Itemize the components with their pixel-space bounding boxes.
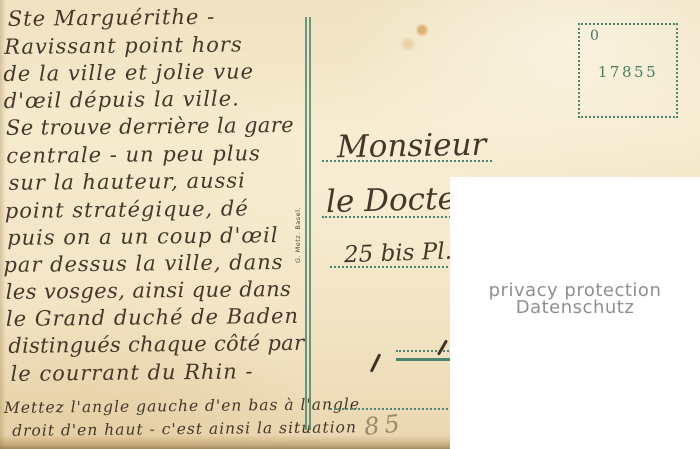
privacy-overlay: privacy protection Datenschutz xyxy=(450,177,700,449)
postcard-scan: Ste Marguérithe - Ravissant point hors d… xyxy=(0,0,700,449)
pencil-note: 85 xyxy=(363,409,406,441)
publisher-credit: G. Metz. Basel. xyxy=(294,185,306,285)
privacy-overlay-text: privacy protection Datenschutz xyxy=(450,283,700,316)
message-line: le courrant du Rhin - xyxy=(10,359,253,386)
privacy-text-german: Datenschutz xyxy=(450,299,700,316)
message-line: Ravissant point hors xyxy=(4,32,243,58)
address-dotted-rule xyxy=(322,160,492,162)
stamp-number: 17855 xyxy=(580,63,676,81)
message-line: le Grand duché de Baden xyxy=(6,304,299,331)
message-line: par dessus la ville, dans xyxy=(3,250,283,277)
message-line: puis on a un coup d'œil xyxy=(7,223,279,250)
stamp-corner-mark: 0 xyxy=(590,28,599,44)
message-line: d'œil dépuis la ville. xyxy=(4,86,240,112)
message-line: les vosges, ainsi que dans xyxy=(6,277,292,304)
message-line: de la ville et jolie vue xyxy=(3,59,254,86)
message-line: point stratégique, dé xyxy=(5,196,249,223)
message-line: Se trouve derrière la gare xyxy=(6,113,294,140)
handwritten-message: Ste Marguérithe - Ravissant point hors d… xyxy=(0,0,382,449)
message-line: centrale - un peu plus xyxy=(6,141,261,168)
message-line: distingués chaque côté par xyxy=(8,331,304,358)
address-solid-rule xyxy=(396,358,456,361)
message-line: sur la hauteur, aussi xyxy=(8,168,246,194)
message-line: Ste Marguérithe - xyxy=(8,5,216,31)
stamp-box: 0 17855 xyxy=(578,23,678,118)
address-dotted-rule xyxy=(396,350,456,352)
address-dotted-rule xyxy=(330,266,464,268)
